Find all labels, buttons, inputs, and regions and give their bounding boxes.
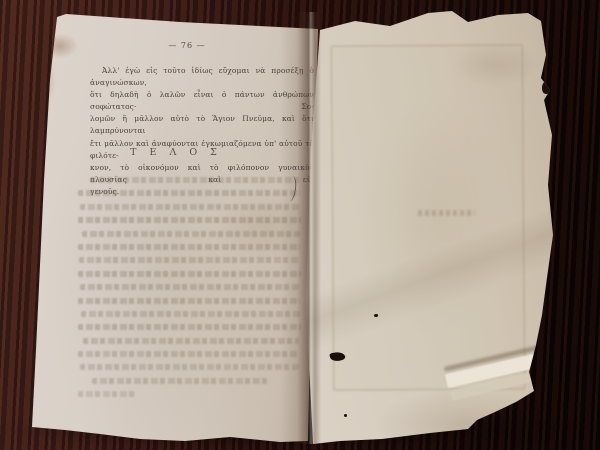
- bleedthrough-line: [78, 217, 301, 223]
- faint-embossed-text: [418, 210, 475, 216]
- text-block-impression: [331, 44, 525, 390]
- body-text-line: λομῶν ἢ μᾶλλον αὐτὸ τὸ Ἅγιον Πνεῦμα, καὶ…: [90, 113, 314, 137]
- bleedthrough-line: [90, 177, 300, 183]
- bleedthrough-line: [80, 284, 299, 290]
- bleedthrough-line: [92, 378, 267, 384]
- bleedthrough-line: [82, 231, 300, 237]
- bleedthrough-line: [78, 351, 299, 357]
- bleedthrough-text-block: [78, 177, 310, 405]
- bleedthrough-line: [79, 257, 300, 263]
- bleedthrough-line: [78, 271, 301, 277]
- torn-edge-notch: [542, 81, 552, 94]
- right-page-blank: [295, 5, 560, 445]
- bleedthrough-line: [78, 391, 136, 397]
- ink-spot: [374, 314, 378, 317]
- book-gutter-fold: [297, 12, 321, 444]
- bleedthrough-line: [78, 298, 300, 304]
- bleedthrough-line: [80, 204, 300, 210]
- page-number: — 76 —: [76, 41, 298, 50]
- bleedthrough-line: [80, 364, 299, 370]
- body-text-line: ὅτι δηλαδὴ ὁ λαλῶν εἶναι ὁ πάντων ἀνθρώπ…: [90, 89, 314, 113]
- bleedthrough-line: [83, 338, 299, 344]
- body-text-line: Ἀλλ' ἐγὼ εἰς τοῦτο ἰδίως εὔχομαι νὰ προσ…: [90, 65, 314, 89]
- bleedthrough-line: [78, 324, 301, 330]
- ink-spot: [344, 414, 347, 417]
- left-page: — 76 — Ἀλλ' ἐγὼ εἰς τοῦτο ἰδίως εὔχομαι …: [20, 12, 322, 448]
- bleedthrough-line: [78, 244, 300, 250]
- telos-end-mark: Τ Ε Λ Ο Σ: [65, 147, 287, 158]
- bleedthrough-line: [78, 190, 300, 196]
- book-photo-scene: — 76 — Ἀλλ' ἐγὼ εἰς τοῦτο ἰδίως εὔχομαι …: [0, 0, 600, 450]
- bleedthrough-line: [81, 311, 301, 317]
